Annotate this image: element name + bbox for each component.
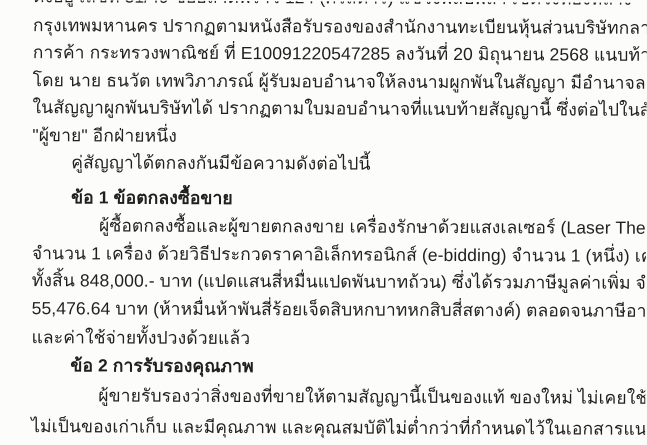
clause-1-line-4: 55,476.64 บาท (ห้าหมื่นห้าพันสี่ร้อยเจ็ด… [32,296,647,323]
clause-2-line-1: ผู้ขายรับรองว่าสิ่งของที่ขายให้ตามสัญญาน… [98,383,647,410]
clause-2-heading: ข้อ 2 การรับรองคุณภาพ [70,353,253,378]
contract-document-page: ตั้งอยู่ เลขที่ 31/49 ซอยลาดพร้าว 124 (ศ… [0,0,647,445]
agreement-line: คู่สัญญาได้ตกลงกันมีข้อความดังต่อไปนี้ [71,150,370,175]
intro-line-2: การค้า กระทรวงพาณิชย์ ที่ E1009122054728… [33,40,647,67]
clause-2-line-2: ไม่เป็นของเก่าเก็บ และมีคุณภาพ และคุณสมบ… [31,414,647,441]
intro-line-4: ในสัญญาผูกพันบริษัทได้ ปรากฏตามใบมอบอำนา… [32,95,647,122]
clause-1-heading: ข้อ 1 ข้อตกลงซื้อขาย [71,185,233,210]
intro-line-1: กรุงเทพมหานคร ปรากฏตามหนังสือรับรองของสำ… [33,13,647,40]
intro-line-3: โดย นาย ธนวัต เทพวิภาภรณ์ ผู้รับมอบอำนาจ… [33,68,647,95]
clause-1-line-5: และค่าใช้จ่ายทั้งปวงด้วยแล้ว [31,325,250,350]
address-line-partial: ตั้งอยู่ เลขที่ 31/49 ซอยลาดพร้าว 124 (ศ… [33,0,632,11]
clause-1-line-2: จำนวน 1 เครื่อง ด้วยวิธีประกวดราคาอิเล็ก… [32,241,647,268]
clause-1-line-1: ผู้ซื้อตกลงซื้อและผู้ขายตกลงขาย เครื่องร… [99,213,647,240]
seller-party-line: "ผู้ขาย" อีกฝ่ายหนึ่ง [32,123,177,148]
clause-1-line-3: ทั้งสิ้น 848,000.- บาท (แปดแสนสี่หมื่นแป… [32,268,647,295]
